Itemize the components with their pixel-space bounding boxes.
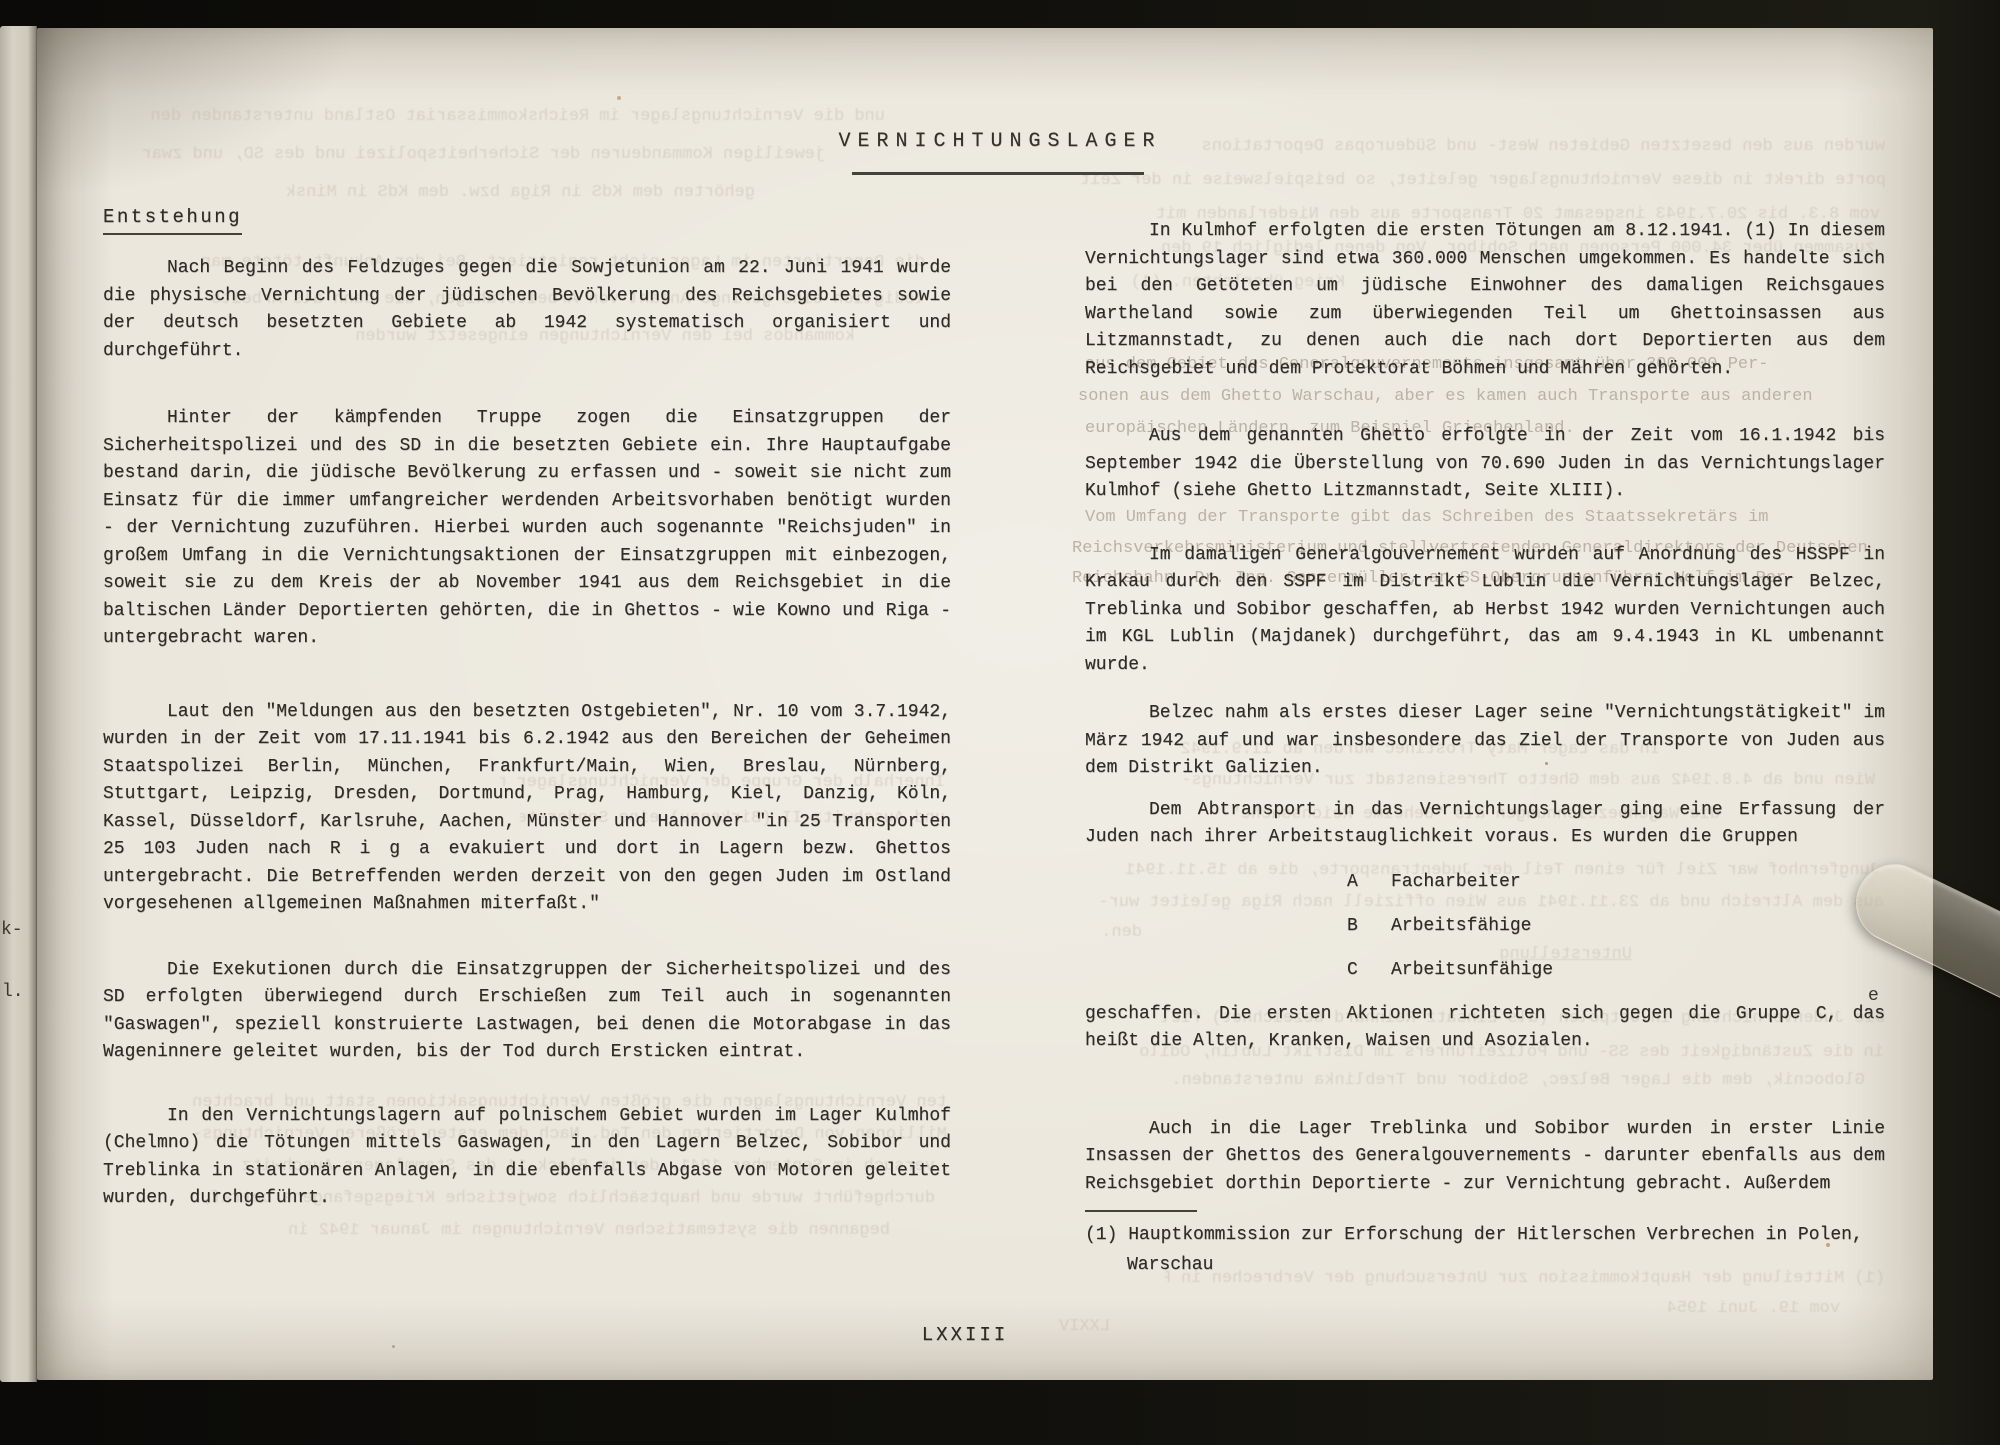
list-item-label: Facharbeiter	[1391, 872, 1521, 892]
book-page-photo: und die Vernichtungslager im Reichskommi…	[0, 0, 2000, 1445]
title-underline	[852, 172, 1144, 175]
paragraph: Hinter der kämpfenden Truppe zogen die E…	[103, 405, 951, 653]
dust-speck	[1826, 1243, 1830, 1247]
list-item-key: B	[1347, 913, 1391, 941]
list-item-key: A	[1347, 869, 1391, 897]
ghost-text-line: begannen die systematischen Vernichtunge…	[130, 1218, 890, 1244]
ghost-text-line: porte direkt in diese Vernichtungslager …	[1078, 168, 1886, 194]
list-item-key: C	[1347, 957, 1391, 985]
page-title: VERNICHTUNGSLAGER	[780, 128, 1220, 156]
paragraph: Aus dem genannten Ghetto erfolgte in der…	[1085, 423, 1885, 506]
left-column: Nach Beginn des Feldzuges gegen die Sowj…	[103, 247, 951, 1213]
group-list: AFacharbeiter BArbeitsfähige CArbeitsunf…	[1085, 869, 1885, 985]
ghost-text-line: gehörten dem KdS in Riga bzw. dem KdS in…	[95, 180, 755, 206]
paragraph: Die Exekutionen durch die Einsatzgruppen…	[103, 957, 951, 1067]
footnote-line: (1) Hauptkommission zur Erforschung der …	[1085, 1222, 1885, 1250]
paragraph: Nach Beginn des Feldzuges gegen die Sowj…	[103, 255, 951, 365]
margin-fragment: k-	[1, 920, 23, 940]
ghost-text-line: jeweiligen Kommandeuren der Sicherheitsp…	[95, 142, 825, 168]
paragraph: Dem Abtransport in das Vernichtungslager…	[1085, 797, 1885, 852]
previous-page-edge	[0, 26, 37, 1382]
paragraph: Auch in die Lager Treblinka und Sobibor …	[1085, 1116, 1885, 1199]
paragraph: Im damaligen Generalgouvernement wurden …	[1085, 542, 1885, 680]
paragraph: Belzec nahm als erstes dieser Lager sein…	[1085, 700, 1885, 783]
dust-speck	[1545, 762, 1548, 765]
margin-fragment: e	[1868, 986, 1879, 1006]
section-heading: Entstehung	[103, 204, 242, 233]
page-number: LXXIII	[900, 1322, 1030, 1350]
right-column: In Kulmhof erfolgten die ersten Tötungen…	[1085, 200, 1885, 1279]
paragraph: In den Vernichtungslagern auf polnischem…	[103, 1103, 951, 1213]
dust-speck	[392, 1345, 395, 1348]
footnote-line: Warschau	[1085, 1252, 1885, 1280]
paragraph: In Kulmhof erfolgten die ersten Tötungen…	[1085, 218, 1885, 383]
ghost-text-line: vom 19. Juni 1954	[1640, 1296, 1840, 1322]
list-item: BArbeitsfähige	[1347, 913, 1885, 941]
ghost-text-line: und die Vernichtungslager im Reichskommi…	[95, 104, 885, 130]
list-item-label: Arbeitsunfähige	[1391, 960, 1553, 980]
paragraph: Laut den "Meldungen aus den besetzten Os…	[103, 699, 951, 919]
list-item-label: Arbeitsfähige	[1391, 916, 1531, 936]
paragraph: geschaffen. Die ersten Aktionen richtete…	[1085, 1001, 1885, 1056]
margin-fragment: l.	[2, 982, 24, 1002]
list-item: AFacharbeiter	[1347, 869, 1885, 897]
footnote-rule	[1085, 1210, 1197, 1212]
list-item: CArbeitsunfähige	[1347, 957, 1885, 985]
dust-speck	[617, 96, 621, 100]
section-heading-label: Entstehung	[103, 206, 242, 235]
